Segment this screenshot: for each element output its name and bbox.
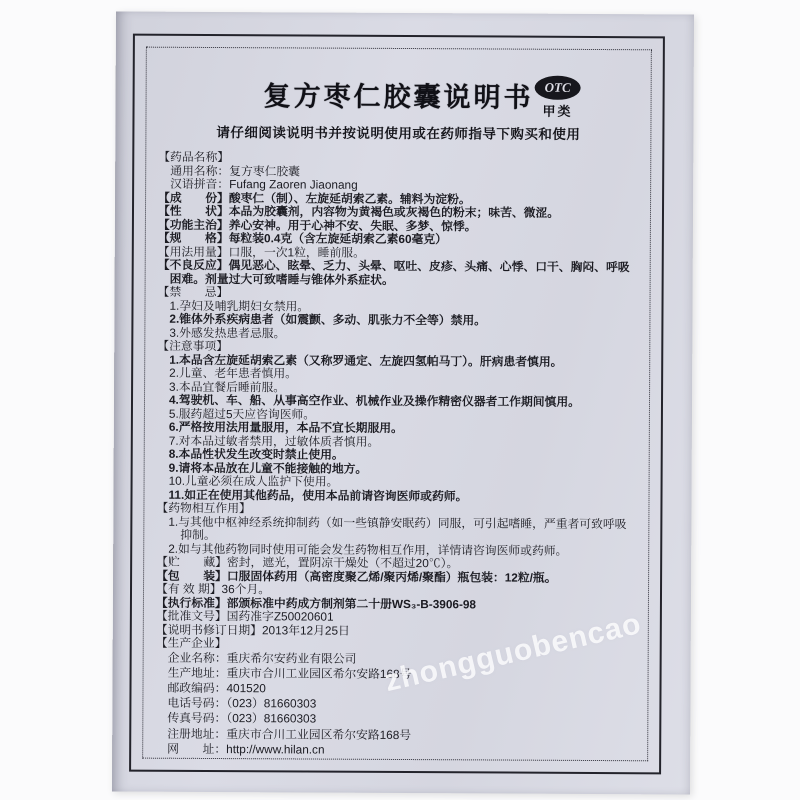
otc-category-label: 甲类 bbox=[532, 101, 582, 120]
body-line: 1.与其他中枢神经系统抑制药（如一些镇静安眠药）同服，可引起嗜睡，严重者可致呼吸… bbox=[156, 515, 636, 545]
otc-badge: OTC 甲类 bbox=[532, 76, 582, 120]
otc-oval-icon: OTC bbox=[535, 76, 581, 100]
read-instructions-subtitle: 请仔细阅读说明书并按说明使用或在药师指导下购买和使用 bbox=[156, 121, 640, 144]
body-line: 【说明书修订日期】2013年12月25日 bbox=[156, 623, 636, 639]
outer-border-frame: 复方枣仁胶囊说明书 OTC 甲类 请仔细阅读说明书并按说明使用或在药师指导下购买… bbox=[129, 34, 665, 775]
body-line: 【不良反应】偶见恶心、眩晕、乏力、头晕、呕吐、皮疹、头痛、心悸、口干、胸闷、呼吸… bbox=[158, 259, 638, 289]
page-title: 复方枣仁胶囊说明书 bbox=[264, 74, 534, 114]
body-line: 3.外感发热患者忌服。 bbox=[157, 326, 637, 342]
leaflet-header: 复方枣仁胶囊说明书 OTC 甲类 bbox=[157, 74, 641, 116]
leaflet-paper: 复方枣仁胶囊说明书 OTC 甲类 请仔细阅读说明书并按说明使用或在药师指导下购买… bbox=[112, 11, 694, 794]
inner-border-frame: 复方枣仁胶囊说明书 OTC 甲类 请仔细阅读说明书并按说明使用或在药师指导下购买… bbox=[142, 47, 652, 762]
body-text: 【药品名称】通用名称：复方枣仁胶囊汉语拼音：Fufang Zaoren Jiao… bbox=[153, 151, 640, 762]
